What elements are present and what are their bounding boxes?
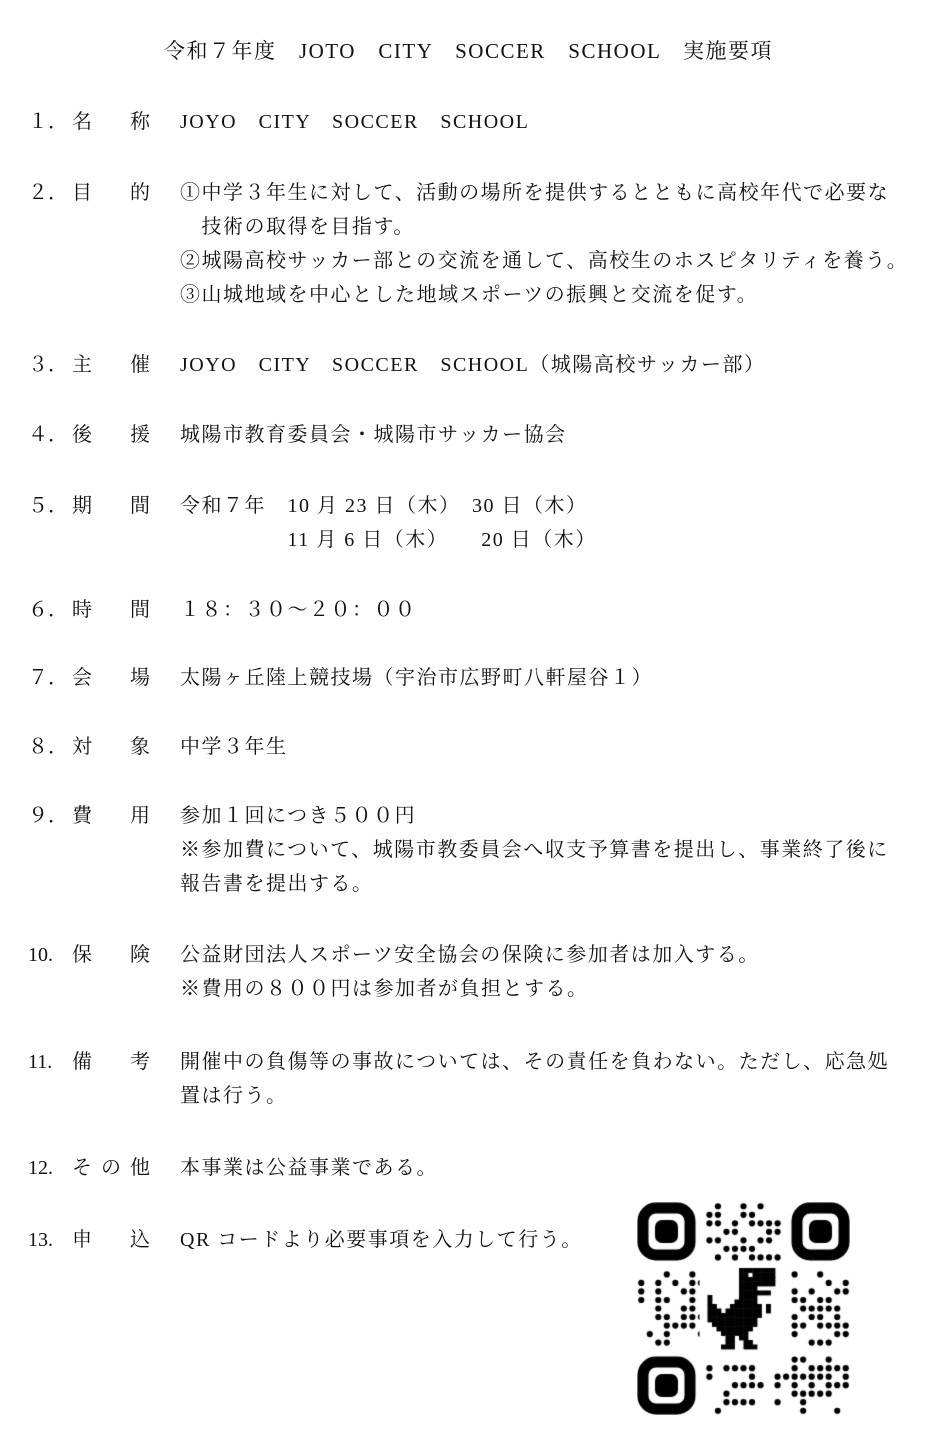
- item-number: ２．: [28, 176, 72, 210]
- page-title: 令和７年度 JOTO CITY SOCCER SCHOOL 実施要項: [0, 36, 937, 66]
- item-content: JOYO CITY SOCCER SCHOOL（城陽高校サッカー部）: [180, 348, 765, 382]
- item-label: 申込: [72, 1223, 150, 1257]
- item-content-line: 参加１回につき５００円: [180, 799, 889, 833]
- item-number: １．: [28, 105, 72, 139]
- item-label-char: 象: [130, 730, 150, 764]
- item-content-line: 報告書を提出する。: [180, 867, 889, 901]
- item-label: 対象: [72, 730, 150, 764]
- item-content: JOYO CITY SOCCER SCHOOL: [180, 105, 529, 139]
- item-heading: ３．主催: [28, 348, 180, 382]
- document-item: ８．対象中学３年生: [28, 730, 288, 764]
- item-number: 10.: [28, 938, 72, 972]
- item-content-line: ※費用の８００円は参加者が負担とする。: [180, 972, 760, 1006]
- document-item: ７．会場太陽ヶ丘陸上競技場（宇治市広野町八軒屋谷１）: [28, 661, 653, 695]
- item-content: 公益財団法人スポーツ安全協会の保険に参加者は加入する。※費用の８００円は参加者が…: [180, 938, 760, 1006]
- item-label-char: 用: [130, 799, 150, 833]
- item-content-line: JOYO CITY SOCCER SCHOOL（城陽高校サッカー部）: [180, 348, 765, 382]
- item-label-char: 費: [72, 799, 92, 833]
- item-label-char: 間: [130, 489, 150, 523]
- item-content-line: 太陽ヶ丘陸上競技場（宇治市広野町八軒屋谷１）: [180, 661, 653, 695]
- item-label-char: 会: [72, 661, 92, 695]
- item-label: 名称: [72, 105, 150, 139]
- document-item: 13.申込QR コードより必要事項を入力して行う。: [28, 1223, 583, 1257]
- item-content-line: 技術の取得を目指す。: [180, 210, 908, 244]
- item-label: 費用: [72, 799, 150, 833]
- document-item: ３．主催JOYO CITY SOCCER SCHOOL（城陽高校サッカー部）: [28, 348, 765, 382]
- item-content-line: 開催中の負傷等の事故については、その責任を負わない。ただし、応急処: [180, 1045, 889, 1079]
- item-number: ９．: [28, 799, 72, 833]
- item-label-char: 期: [72, 489, 92, 523]
- document-item: 12.その他本事業は公益事業である。: [28, 1151, 438, 1185]
- item-content: ①中学３年生に対して、活動の場所を提供するとともに高校年代で必要な 技術の取得を…: [180, 176, 908, 312]
- item-label: その他: [72, 1151, 150, 1185]
- item-label-char: 名: [72, 105, 92, 139]
- item-content: 本事業は公益事業である。: [180, 1151, 438, 1185]
- item-label-char: そ: [72, 1151, 92, 1185]
- document-item: ６．時間１８：３０～２０：００: [28, 593, 417, 627]
- item-content-line: 公益財団法人スポーツ安全協会の保険に参加者は加入する。: [180, 938, 760, 972]
- item-number: 13.: [28, 1223, 72, 1257]
- item-heading: ４．後援: [28, 418, 180, 452]
- item-heading: 10.保険: [28, 938, 180, 972]
- item-label: 後援: [72, 418, 150, 452]
- item-label-char: 目: [72, 176, 92, 210]
- document-item: １．名称JOYO CITY SOCCER SCHOOL: [28, 105, 529, 139]
- item-heading: ５．期間: [28, 489, 180, 523]
- item-number: ４．: [28, 418, 72, 452]
- item-heading: ６．時間: [28, 593, 180, 627]
- document-item: ４．後援城陽市教育委員会・城陽市サッカー協会: [28, 418, 567, 452]
- item-content-line: ③山城地域を中心とした地域スポーツの振興と交流を促す。: [180, 278, 908, 312]
- item-heading: 13.申込: [28, 1223, 180, 1257]
- document-item: 11.備考開催中の負傷等の事故については、その責任を負わない。ただし、応急処置は…: [28, 1045, 889, 1113]
- item-content-line: 置は行う。: [180, 1079, 889, 1113]
- item-label: 会場: [72, 661, 150, 695]
- item-label-char: の: [101, 1151, 121, 1185]
- item-number: ３．: [28, 348, 72, 382]
- item-label-char: 称: [130, 105, 150, 139]
- item-content-line: 令和７年 10 月 23 日（木） 30 日（木）: [180, 489, 597, 523]
- item-number: ７．: [28, 661, 72, 695]
- item-content-line: ※参加費について、城陽市教委員会へ収支予算書を提出し、事業終了後に: [180, 833, 889, 867]
- item-label-char: 的: [130, 176, 150, 210]
- item-content-line: ①中学３年生に対して、活動の場所を提供するとともに高校年代で必要な: [180, 176, 908, 210]
- document-page: 令和７年度 JOTO CITY SOCCER SCHOOL 実施要項 １．名称J…: [0, 0, 937, 1444]
- item-label-char: 他: [130, 1151, 150, 1185]
- item-content-line: ②城陽高校サッカー部との交流を通して、高校生のホスピタリティを養う。: [180, 244, 908, 278]
- item-content: 令和７年 10 月 23 日（木） 30 日（木） 11 月 6 日（木） 20…: [180, 489, 597, 557]
- qr-canvas: [637, 1202, 850, 1415]
- item-label-char: 備: [72, 1045, 92, 1079]
- item-content-line: 本事業は公益事業である。: [180, 1151, 438, 1185]
- item-content-line: １８：３０～２０：００: [180, 593, 417, 627]
- item-label-char: 主: [72, 348, 92, 382]
- item-label-char: 後: [72, 418, 92, 452]
- document-item: ９．費用参加１回につき５００円※参加費について、城陽市教委員会へ収支予算書を提出…: [28, 799, 889, 901]
- item-content: 太陽ヶ丘陸上競技場（宇治市広野町八軒屋谷１）: [180, 661, 653, 695]
- item-heading: ８．対象: [28, 730, 180, 764]
- item-label: 時間: [72, 593, 150, 627]
- item-content-line: 城陽市教育委員会・城陽市サッカー協会: [180, 418, 567, 452]
- item-label: 期間: [72, 489, 150, 523]
- item-label: 備考: [72, 1045, 150, 1079]
- qr-code: [637, 1202, 850, 1415]
- item-number: 11.: [28, 1045, 72, 1079]
- item-label-char: 時: [72, 593, 92, 627]
- item-heading: １．名称: [28, 105, 180, 139]
- item-number: ５．: [28, 489, 72, 523]
- item-heading: ２．目的: [28, 176, 180, 210]
- item-number: 12.: [28, 1151, 72, 1185]
- item-label-char: 申: [72, 1223, 92, 1257]
- document-item: ２．目的①中学３年生に対して、活動の場所を提供するとともに高校年代で必要な 技術…: [28, 176, 908, 312]
- item-content-line: 11 月 6 日（木） 20 日（木）: [180, 523, 597, 557]
- item-label: 目的: [72, 176, 150, 210]
- item-content: 参加１回につき５００円※参加費について、城陽市教委員会へ収支予算書を提出し、事業…: [180, 799, 889, 901]
- item-label: 保険: [72, 938, 150, 972]
- item-content-line: JOYO CITY SOCCER SCHOOL: [180, 105, 529, 139]
- item-label-char: 考: [130, 1045, 150, 1079]
- document-item: 10.保険公益財団法人スポーツ安全協会の保険に参加者は加入する。※費用の８００円…: [28, 938, 760, 1006]
- item-label-char: 催: [130, 348, 150, 382]
- item-number: ８．: [28, 730, 72, 764]
- item-label-char: 保: [72, 938, 92, 972]
- item-label-char: 込: [130, 1223, 150, 1257]
- item-label-char: 間: [130, 593, 150, 627]
- item-label-char: 険: [130, 938, 150, 972]
- item-label-char: 対: [72, 730, 92, 764]
- item-label-char: 援: [130, 418, 150, 452]
- item-content: １８：３０～２０：００: [180, 593, 417, 627]
- item-label: 主催: [72, 348, 150, 382]
- document-item: ５．期間令和７年 10 月 23 日（木） 30 日（木） 11 月 6 日（木…: [28, 489, 597, 557]
- item-heading: ７．会場: [28, 661, 180, 695]
- item-label-char: 場: [130, 661, 150, 695]
- item-heading: 12.その他: [28, 1151, 180, 1185]
- item-heading: ９．費用: [28, 799, 180, 833]
- item-content: 中学３年生: [180, 730, 288, 764]
- item-content: QR コードより必要事項を入力して行う。: [180, 1223, 583, 1257]
- item-content-line: QR コードより必要事項を入力して行う。: [180, 1223, 583, 1257]
- item-content: 開催中の負傷等の事故については、その責任を負わない。ただし、応急処置は行う。: [180, 1045, 889, 1113]
- item-content: 城陽市教育委員会・城陽市サッカー協会: [180, 418, 567, 452]
- item-number: ６．: [28, 593, 72, 627]
- item-heading: 11.備考: [28, 1045, 180, 1079]
- item-content-line: 中学３年生: [180, 730, 288, 764]
